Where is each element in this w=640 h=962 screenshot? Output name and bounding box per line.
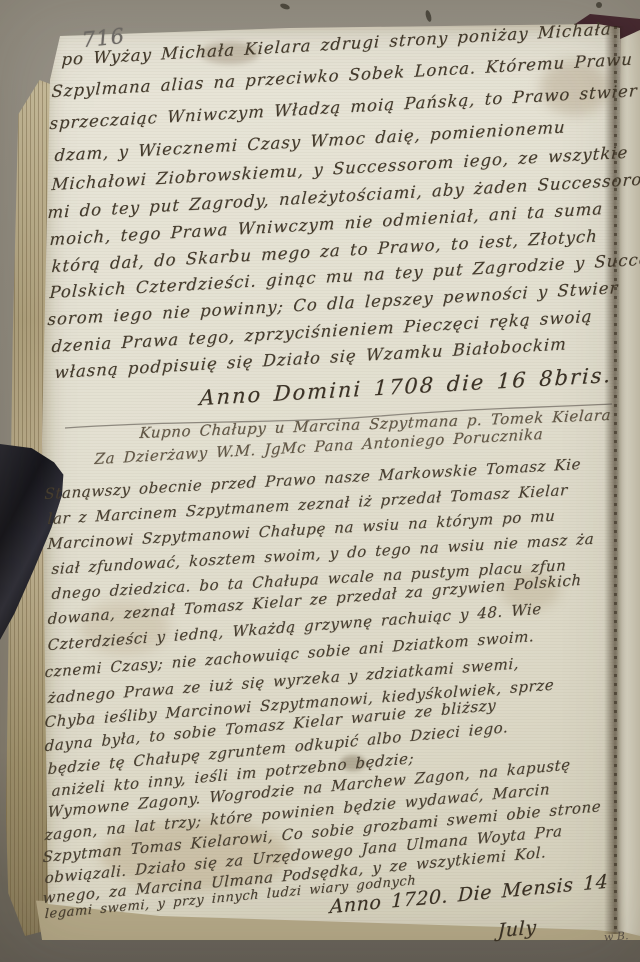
handwriting-layer: po Wyżay Michała Kielara zdrugi strony p… [0,0,640,962]
section-divider [60,398,620,434]
dateline-1720-month: July [497,916,537,942]
marginal-note: w B. [604,929,629,944]
manuscript-photo: 716 po Wyżay Michała Kielara zdrugi stro… [0,0,640,962]
